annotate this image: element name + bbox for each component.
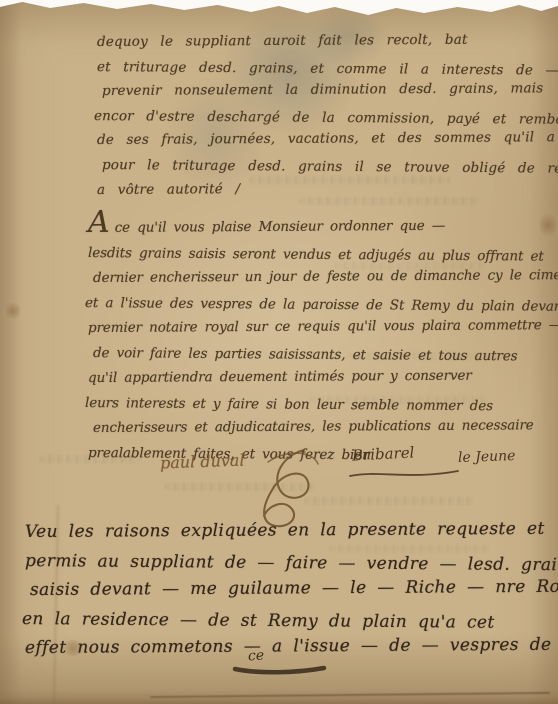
manuscript-page: dequoy le suppliant auroit fait les reco…	[0, 0, 558, 704]
paragraph-1: dequoy le suppliant auroit fait les reco…	[97, 30, 558, 202]
signature-suffix-le-jeune: le Jeune	[458, 448, 516, 466]
handwritten-line: Ace qu'il vous plaise Monsieur ordonner …	[88, 213, 558, 241]
signature-paul-duval: paul duval	[160, 451, 245, 473]
handwritten-line: prevenir nonseulement la diminution desd…	[102, 76, 558, 104]
handwritten-line: encherisseurs et adjudicataires, les pub…	[93, 413, 558, 441]
handwritten-line: qu'il appartiendra deuement intimés pour…	[88, 363, 558, 391]
handwritten-line: premier notaire royal sur ce requis qu'i…	[88, 313, 558, 341]
paragraph-3: Veu les raisons expliquées en la present…	[25, 518, 558, 663]
handwritten-line: de ses frais, journées, vacations, et de…	[97, 125, 558, 153]
handwritten-text: ce qu'il vous plaise Monsieur ordonner q…	[115, 218, 446, 236]
handwritten-line: dernier encherisseur un jour de feste ou…	[93, 263, 558, 291]
handwritten-line: a vôtre autorité /	[97, 174, 558, 202]
signature-underline-flourish	[348, 466, 460, 485]
page-bottom-edge	[0, 690, 558, 704]
scan-background: dequoy le suppliant auroit fait les reco…	[0, 0, 558, 704]
signature-bribarel: Bribarel	[352, 443, 415, 464]
handwritten-line: Veu les raisons expliquées en la present…	[25, 515, 558, 547]
paragraph-2: Ace qu'il vous plaise Monsieur ordonner …	[88, 216, 558, 466]
stain	[6, 300, 20, 322]
handwritten-line: dequoy le suppliant auroit fait les reco…	[97, 27, 558, 55]
handwritten-line: effet nous commetons — a l'issue — de — …	[25, 631, 558, 663]
decorated-initial: A	[88, 205, 110, 240]
closing-swash-flourish	[232, 660, 328, 680]
handwritten-line: saisis devant — me guilaume — le — Riche…	[30, 573, 558, 605]
